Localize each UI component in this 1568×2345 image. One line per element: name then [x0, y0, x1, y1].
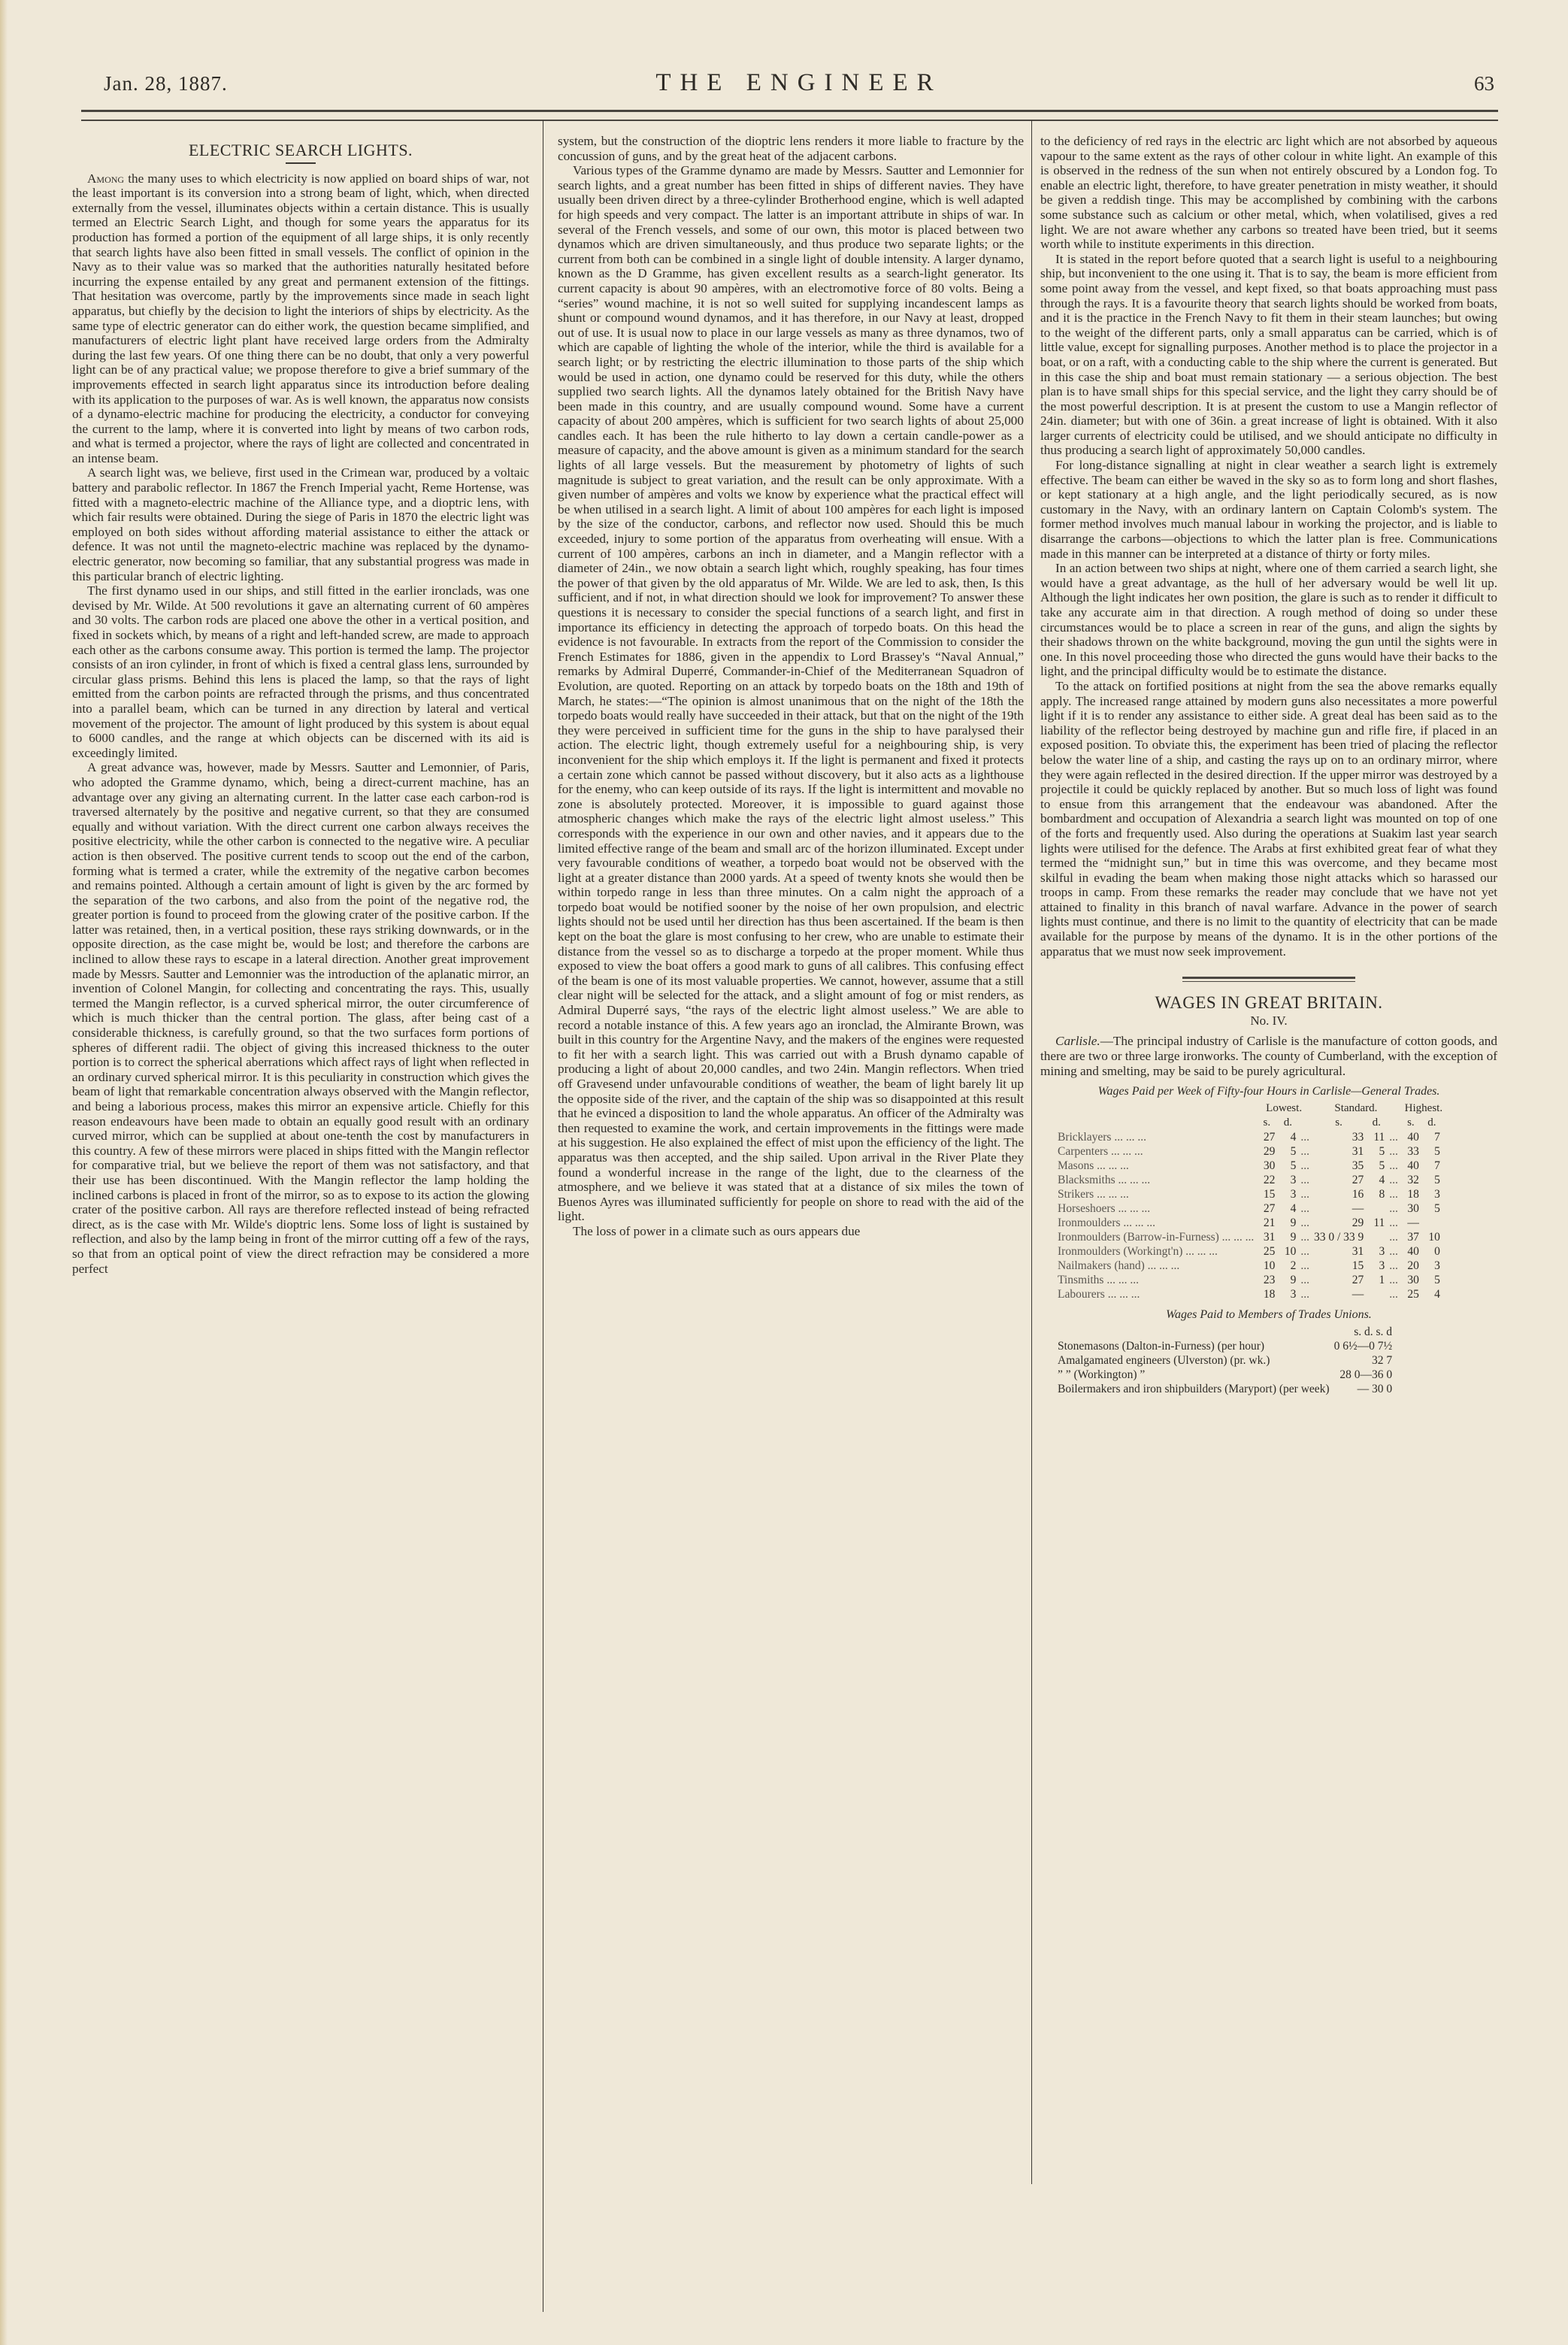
trade-name: ” ” (Workington) ”: [1055, 1368, 1332, 1382]
pence: 5: [1366, 1159, 1387, 1173]
trade-name: Stonemasons (Dalton-in-Furness) (per hou…: [1055, 1339, 1332, 1353]
unions-table: s. d. s. dStonemasons (Dalton-in-Furness…: [1055, 1325, 1394, 1396]
pence: 3: [1277, 1287, 1298, 1301]
separator: [1442, 1173, 1447, 1187]
separator: [1442, 1259, 1447, 1273]
table-row: Stonemasons (Dalton-in-Furness) (per hou…: [1055, 1339, 1394, 1353]
paragraph: It is stated in the report before quoted…: [1040, 252, 1497, 458]
pence: 5: [1421, 1273, 1442, 1287]
pence: [1366, 1287, 1387, 1301]
table-row: Masons ... ... ...305...355...407: [1055, 1159, 1447, 1173]
pence: 1: [1366, 1273, 1387, 1287]
pence: 2: [1277, 1259, 1298, 1273]
table-row: Ironmoulders ... ... ...219...2911...—: [1055, 1216, 1447, 1230]
separator: [1442, 1244, 1447, 1259]
separator: [1442, 1144, 1447, 1159]
table-row: Boilermakers and iron shipbuilders (Mary…: [1055, 1382, 1394, 1396]
spacer: [1442, 1116, 1447, 1130]
paragraph: To the attack on fortified positions at …: [1040, 679, 1497, 959]
trade-name: Horseshoers ... ... ...: [1055, 1201, 1256, 1216]
trade-name: Strikers ... ... ...: [1055, 1187, 1256, 1201]
wage-value: 0 6½—0 7½: [1332, 1339, 1395, 1353]
trade-name: Masons ... ... ...: [1055, 1159, 1256, 1173]
separator: ...: [1298, 1273, 1312, 1287]
paragraph: For long-distance signalling at night in…: [1040, 458, 1497, 561]
trade-name: Bricklayers ... ... ...: [1055, 1130, 1256, 1144]
separator: ...: [1387, 1216, 1400, 1230]
unit-label: d.: [1421, 1116, 1442, 1130]
paragraph: In an action between two ships at night,…: [1040, 561, 1497, 679]
table-row: ” ” (Workington) ”28 0—36 0: [1055, 1368, 1394, 1382]
lead-word: Among: [87, 171, 124, 186]
spacer: [1298, 1116, 1312, 1130]
table-row: Blacksmiths ... ... ...223...274...325: [1055, 1173, 1447, 1187]
article-subtitle: No. IV.: [1040, 1013, 1497, 1029]
separator: ...: [1298, 1187, 1312, 1201]
pence: 7: [1421, 1130, 1442, 1144]
paragraph: The loss of power in a climate such as o…: [558, 1224, 1024, 1239]
pence: 7: [1421, 1159, 1442, 1173]
unit-label: d.: [1277, 1116, 1298, 1130]
shillings: 31: [1312, 1144, 1366, 1159]
shillings: 32: [1400, 1173, 1421, 1187]
pence: 0: [1421, 1244, 1442, 1259]
separator: ...: [1387, 1187, 1400, 1201]
pence: 10: [1421, 1230, 1442, 1244]
unit-label: d.: [1366, 1116, 1387, 1130]
table-caption: Wages Paid to Members of Trades Unions.: [1040, 1307, 1497, 1322]
header-spacer: [1055, 1116, 1256, 1130]
pence: 4: [1277, 1130, 1298, 1144]
shillings: 37: [1400, 1230, 1421, 1244]
table-row: Ironmoulders (Workingt'n) ... ... ...251…: [1055, 1244, 1447, 1259]
article-title: ELECTRIC SEARCH LIGHTS.: [72, 143, 529, 158]
trade-name: Amalgamated engineers (Ulverston) (pr. w…: [1055, 1353, 1332, 1368]
shillings: 33: [1400, 1144, 1421, 1159]
pence: 5: [1421, 1201, 1442, 1216]
separator: ...: [1298, 1216, 1312, 1230]
trade-name: Blacksmiths ... ... ...: [1055, 1173, 1256, 1187]
table-row: Amalgamated engineers (Ulverston) (pr. w…: [1055, 1353, 1394, 1368]
wage-value: 28 0—36 0: [1332, 1368, 1395, 1382]
separator: ...: [1298, 1144, 1312, 1159]
shillings: 23: [1256, 1273, 1277, 1287]
pence: 9: [1277, 1230, 1298, 1244]
column-header: Lowest.: [1256, 1101, 1312, 1116]
trade-name: Carpenters ... ... ...: [1055, 1144, 1256, 1159]
column-divider: [543, 120, 543, 2312]
shillings: 29: [1312, 1216, 1366, 1230]
unit-label: s.: [1256, 1116, 1277, 1130]
separator: ...: [1387, 1230, 1400, 1244]
pence: 3: [1421, 1187, 1442, 1201]
separator: [1442, 1287, 1447, 1301]
separator: ...: [1387, 1287, 1400, 1301]
header-spacer: [1055, 1325, 1332, 1339]
paragraph: A great advance was, however, made by Me…: [72, 760, 529, 1276]
shillings: 35: [1312, 1159, 1366, 1173]
separator: [1442, 1159, 1447, 1173]
shillings: 40: [1400, 1244, 1421, 1259]
spacer: [1387, 1116, 1400, 1130]
separator: [1442, 1130, 1447, 1144]
column-middle: system, but the construction of the diop…: [558, 134, 1024, 1239]
separator: ...: [1298, 1173, 1312, 1187]
trade-name: Ironmoulders ... ... ...: [1055, 1216, 1256, 1230]
pence: 11: [1366, 1216, 1387, 1230]
shillings: 20: [1400, 1259, 1421, 1273]
shillings: 30: [1256, 1159, 1277, 1173]
shillings: 33 0 / 33 9: [1312, 1230, 1366, 1244]
shillings: 27: [1256, 1130, 1277, 1144]
separator: ...: [1298, 1130, 1312, 1144]
separator: ...: [1298, 1259, 1312, 1273]
column-header: Standard.: [1312, 1101, 1400, 1116]
shillings: 15: [1312, 1259, 1366, 1273]
section-rule: [1182, 977, 1355, 982]
separator: ...: [1387, 1259, 1400, 1273]
table-row: Tinsmiths ... ... ...239...271...305: [1055, 1273, 1447, 1287]
table-row: Nailmakers (hand) ... ... ...102...153..…: [1055, 1259, 1447, 1273]
pence: 3: [1366, 1244, 1387, 1259]
wage-value: — 30 0: [1332, 1382, 1395, 1396]
header-spacer: [1055, 1101, 1256, 1116]
separator: [1442, 1273, 1447, 1287]
paragraph: A search light was, we believe, first us…: [72, 465, 529, 583]
shillings: 31: [1312, 1244, 1366, 1259]
separator: ...: [1387, 1244, 1400, 1259]
paragraph: Various types of the Gramme dynamo are m…: [558, 163, 1024, 1224]
pence: 3: [1366, 1259, 1387, 1273]
pence: 5: [1277, 1159, 1298, 1173]
separator: ...: [1298, 1244, 1312, 1259]
unit-label: s. d. s. d: [1332, 1325, 1395, 1339]
trade-name: Ironmoulders (Workingt'n) ... ... ...: [1055, 1244, 1256, 1259]
publication-title: THE ENGINEER: [104, 69, 1494, 97]
shillings: 30: [1400, 1273, 1421, 1287]
shillings: 27: [1312, 1173, 1366, 1187]
separator: [1442, 1187, 1447, 1201]
column-right: to the deficiency of red rays in the ele…: [1040, 134, 1497, 1396]
paragraph-continued: system, but the construction of the diop…: [558, 134, 1024, 163]
table-row: Labourers ... ... ...183...—...254: [1055, 1287, 1447, 1301]
article-title: WAGES IN GREAT BRITAIN.: [1040, 995, 1497, 1010]
page-edge: [0, 0, 8, 2345]
separator: ...: [1387, 1130, 1400, 1144]
pence: 5: [1421, 1144, 1442, 1159]
pence: 9: [1277, 1216, 1298, 1230]
pence: 4: [1366, 1173, 1387, 1187]
pence: 11: [1366, 1130, 1387, 1144]
paragraph: The first dynamo used in our ships, and …: [72, 583, 529, 760]
unit-label: s.: [1312, 1116, 1366, 1130]
shillings: 15: [1256, 1187, 1277, 1201]
shillings: 18: [1256, 1287, 1277, 1301]
shillings: 18: [1400, 1187, 1421, 1201]
shillings: 29: [1256, 1144, 1277, 1159]
trade-name: Boilermakers and iron shipbuilders (Mary…: [1055, 1382, 1332, 1396]
shillings: —: [1400, 1216, 1421, 1230]
separator: ...: [1387, 1159, 1400, 1173]
trade-name: Ironmoulders (Barrow-in-Furness) ... ...…: [1055, 1230, 1256, 1244]
separator: [1442, 1201, 1447, 1216]
paragraph-continued: to the deficiency of red rays in the ele…: [1040, 134, 1497, 252]
table-row: Carpenters ... ... ...295...315...335: [1055, 1144, 1447, 1159]
unit-row: s. d. s. d: [1055, 1325, 1394, 1339]
trade-name: Labourers ... ... ...: [1055, 1287, 1256, 1301]
separator: ...: [1298, 1287, 1312, 1301]
pence: 5: [1277, 1144, 1298, 1159]
shillings: 33: [1312, 1130, 1366, 1144]
separator: ...: [1387, 1201, 1400, 1216]
masthead-rule: [81, 110, 1498, 121]
column-header: Highest.: [1400, 1101, 1447, 1116]
separator: [1442, 1216, 1447, 1230]
table-row: Strikers ... ... ...153...168...183: [1055, 1187, 1447, 1201]
shillings: 31: [1256, 1230, 1277, 1244]
table-caption: Wages Paid per Week of Fifty-four Hours …: [1040, 1084, 1497, 1098]
wages-table: Lowest.Standard.Highest.s.d.s.d.s.d.Bric…: [1055, 1101, 1447, 1301]
column-left: ELECTRIC SEARCH LIGHTS. Among the many u…: [72, 129, 529, 1276]
column-divider: [1031, 120, 1032, 2184]
separator: ...: [1387, 1144, 1400, 1159]
pence: 9: [1277, 1273, 1298, 1287]
shillings: 16: [1312, 1187, 1366, 1201]
trade-name: Nailmakers (hand) ... ... ...: [1055, 1259, 1256, 1273]
shillings: 40: [1400, 1159, 1421, 1173]
shillings: 25: [1400, 1287, 1421, 1301]
shillings: 25: [1256, 1244, 1277, 1259]
table-header-row: Lowest.Standard.Highest.: [1055, 1101, 1447, 1116]
separator: ...: [1387, 1173, 1400, 1187]
pence: [1366, 1201, 1387, 1216]
pence: 4: [1421, 1287, 1442, 1301]
shillings: 30: [1400, 1201, 1421, 1216]
pence: [1366, 1230, 1387, 1244]
title-rule: [286, 162, 316, 164]
pence: [1421, 1216, 1442, 1230]
shillings: 27: [1312, 1273, 1366, 1287]
pence: 3: [1421, 1259, 1442, 1273]
separator: ...: [1387, 1273, 1400, 1287]
shillings: 10: [1256, 1259, 1277, 1273]
table-row: Bricklayers ... ... ...274...3311...407: [1055, 1130, 1447, 1144]
table-row: Horseshoers ... ... ...274...—...305: [1055, 1201, 1447, 1216]
shillings: 27: [1256, 1201, 1277, 1216]
separator: [1442, 1230, 1447, 1244]
separator: ...: [1298, 1230, 1312, 1244]
shillings: —: [1312, 1287, 1366, 1301]
paragraph: Among the many uses to which electricity…: [72, 171, 529, 466]
shillings: —: [1312, 1201, 1366, 1216]
wage-value: 32 7: [1332, 1353, 1395, 1368]
unit-label: s.: [1400, 1116, 1421, 1130]
pence: 5: [1366, 1144, 1387, 1159]
pence: 5: [1421, 1173, 1442, 1187]
shillings: 40: [1400, 1130, 1421, 1144]
pence: 3: [1277, 1173, 1298, 1187]
shillings: 21: [1256, 1216, 1277, 1230]
separator: ...: [1298, 1201, 1312, 1216]
paragraph: Carlisle.—The principal industry of Carl…: [1040, 1034, 1497, 1078]
page-number: 63: [1474, 72, 1494, 95]
masthead: Jan. 28, 1887. THE ENGINEER 63: [104, 69, 1494, 107]
separator: ...: [1298, 1159, 1312, 1173]
pence: 3: [1277, 1187, 1298, 1201]
shillings: 22: [1256, 1173, 1277, 1187]
pence: 10: [1277, 1244, 1298, 1259]
place-name: Carlisle.: [1055, 1034, 1100, 1048]
pence: 4: [1277, 1201, 1298, 1216]
table-row: Ironmoulders (Barrow-in-Furness) ... ...…: [1055, 1230, 1447, 1244]
trade-name: Tinsmiths ... ... ...: [1055, 1273, 1256, 1287]
unit-row: s.d.s.d.s.d.: [1055, 1116, 1447, 1130]
pence: 8: [1366, 1187, 1387, 1201]
